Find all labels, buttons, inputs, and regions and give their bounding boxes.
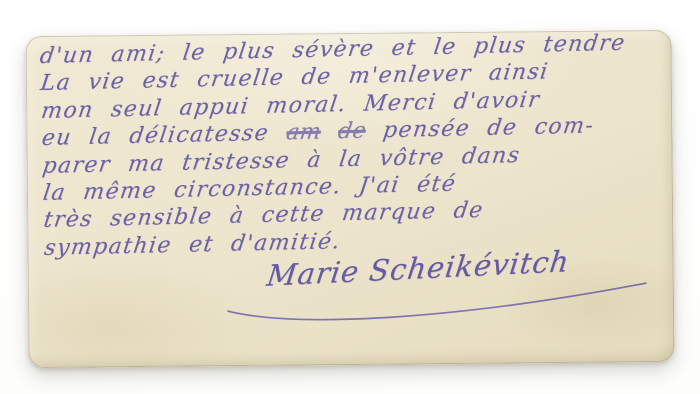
handwritten-note-card: d'un ami; le plus sévère et le plus tend… — [25, 30, 674, 368]
letter-line-segment-struck: am — [285, 120, 323, 146]
letter-line-segment: eu la délicatesse — [40, 120, 288, 151]
letter-lines: d'un ami; le plus sévère et le plus tend… — [37, 29, 662, 262]
letter-line-segment-struck: de — [336, 119, 367, 145]
letter-line-segment: sympathie et d'amitié. — [43, 229, 343, 261]
letter-line-segment: pensée de com- — [364, 114, 596, 144]
photo-background: d'un ami; le plus sévère et le plus tend… — [0, 0, 700, 394]
